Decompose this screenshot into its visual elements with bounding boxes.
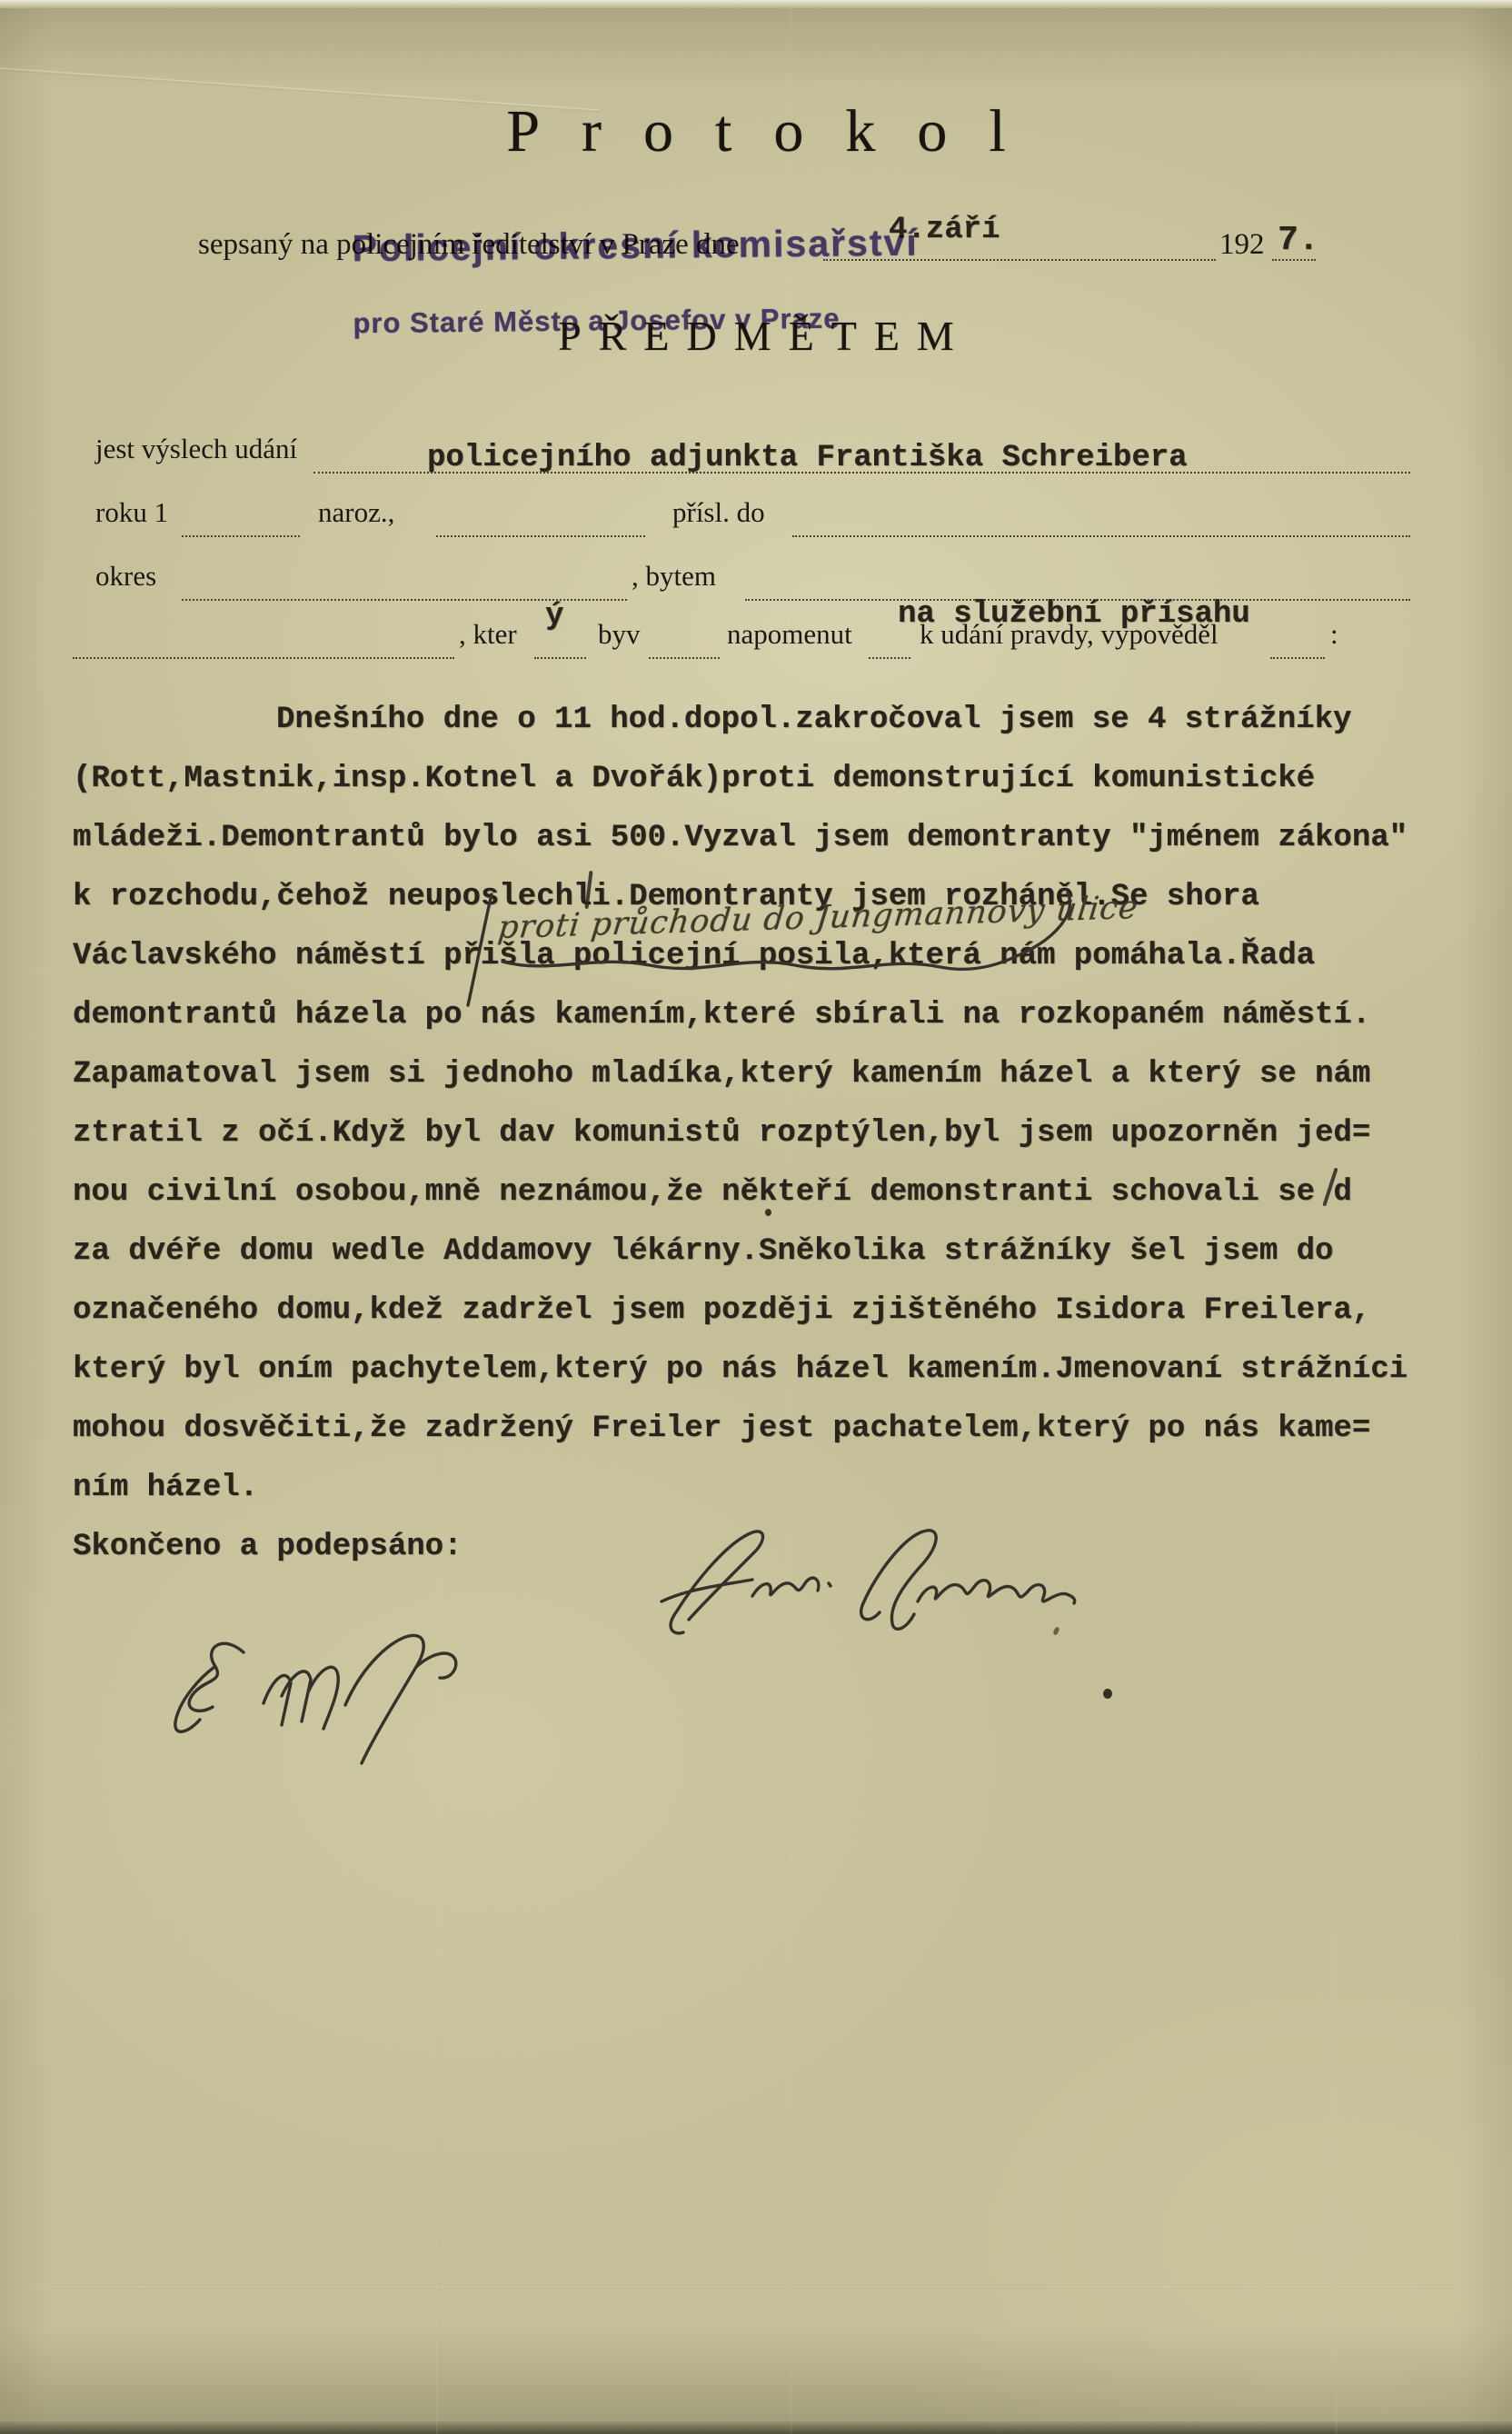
form-label-vypovedel: k udání pravdy, vypověděl <box>920 620 1219 648</box>
paper-vignette <box>0 0 1512 2434</box>
form-label-bytem: , bytem <box>632 562 716 590</box>
form-blank-napomenut <box>869 657 910 659</box>
form-label-okres: okres <box>95 562 156 590</box>
typed-suffix-y: ý <box>545 598 563 635</box>
body-line: ním házel. <box>73 1470 258 1507</box>
stamp-line-1: Policejní okresní komisařství <box>352 224 919 268</box>
signature-right-scrawl <box>645 1525 1081 1657</box>
ink-speck <box>765 1209 771 1216</box>
vertical-crease-left <box>436 1363 438 2434</box>
form-blank-naroz <box>436 535 645 537</box>
paper-texture <box>0 0 1512 2434</box>
body-line: Dnešního dne o 11 hod.dopol.zakročoval j… <box>73 702 1351 739</box>
typed-year-digit: 7. <box>1278 220 1319 262</box>
body-line: Zapamatoval jsem si jednoho mladíka,kter… <box>73 1056 1370 1093</box>
form-label-kter: , kter <box>459 620 517 648</box>
body-line: nou civilní osobou,mně neznámou,že někte… <box>73 1174 1352 1212</box>
body-line: který byl oním pachytelem,který po nás h… <box>73 1352 1408 1389</box>
form-label-colon: : <box>1330 620 1338 648</box>
paper-top-edge <box>0 0 1512 8</box>
form-blank-prisl <box>792 535 1410 537</box>
subject-heading: PŘEDMĚTEM <box>0 315 1512 357</box>
form-label-roku: roku 1 <box>95 498 168 526</box>
form-label-vyslech: jest výslech udání <box>95 434 297 463</box>
protocol-document-page: Protokol sepsaný na policejním ředitelst… <box>0 0 1512 2434</box>
form-blank-kter-suffix <box>534 657 586 659</box>
body-line: (Rott,Mastnik,insp.Kotnel a Dvořák)proti… <box>73 761 1315 798</box>
body-line: označeného domu,kdež zadržel jsem pozděj… <box>73 1292 1370 1330</box>
vertical-crease-center <box>791 0 792 2434</box>
form-label-naroz: naroz., <box>318 498 394 526</box>
form-blank-byv <box>649 657 720 659</box>
form-label-byv: byv <box>598 620 641 648</box>
body-line: mládeži.Demontrantů bylo asi 500.Vyzval … <box>73 820 1408 857</box>
form-blank-vypovedel <box>1270 657 1325 659</box>
body-line: ztratil z očí.Když byl dav komunistů roz… <box>73 1115 1370 1152</box>
typed-person-name: policejního adjunkta Františka Schreiber… <box>427 440 1188 477</box>
form-label-prisl: přísl. do <box>672 498 765 526</box>
form-blank-lead <box>73 657 454 659</box>
body-line: za dvéře domu wedle Addamovy lékárny.Sně… <box>73 1233 1333 1271</box>
signature-left-scrawl <box>127 1627 518 1777</box>
year-printed-prefix: 192 <box>1219 230 1265 260</box>
form-label-napomenut: napomenut <box>727 620 852 648</box>
paper-bottom-edge <box>0 2421 1512 2434</box>
closing-line: Skončeno a podepsáno: <box>73 1529 462 1566</box>
form-blank-roku <box>182 535 300 537</box>
insertion-underline-stroke <box>450 889 1122 1025</box>
ink-speck <box>1103 1689 1112 1699</box>
body-line: mohou dosvěčiti,že zadržený Freiler jest… <box>73 1411 1370 1448</box>
horizontal-crease-bottom <box>0 2287 1512 2289</box>
document-title: Protokol <box>0 102 1512 162</box>
